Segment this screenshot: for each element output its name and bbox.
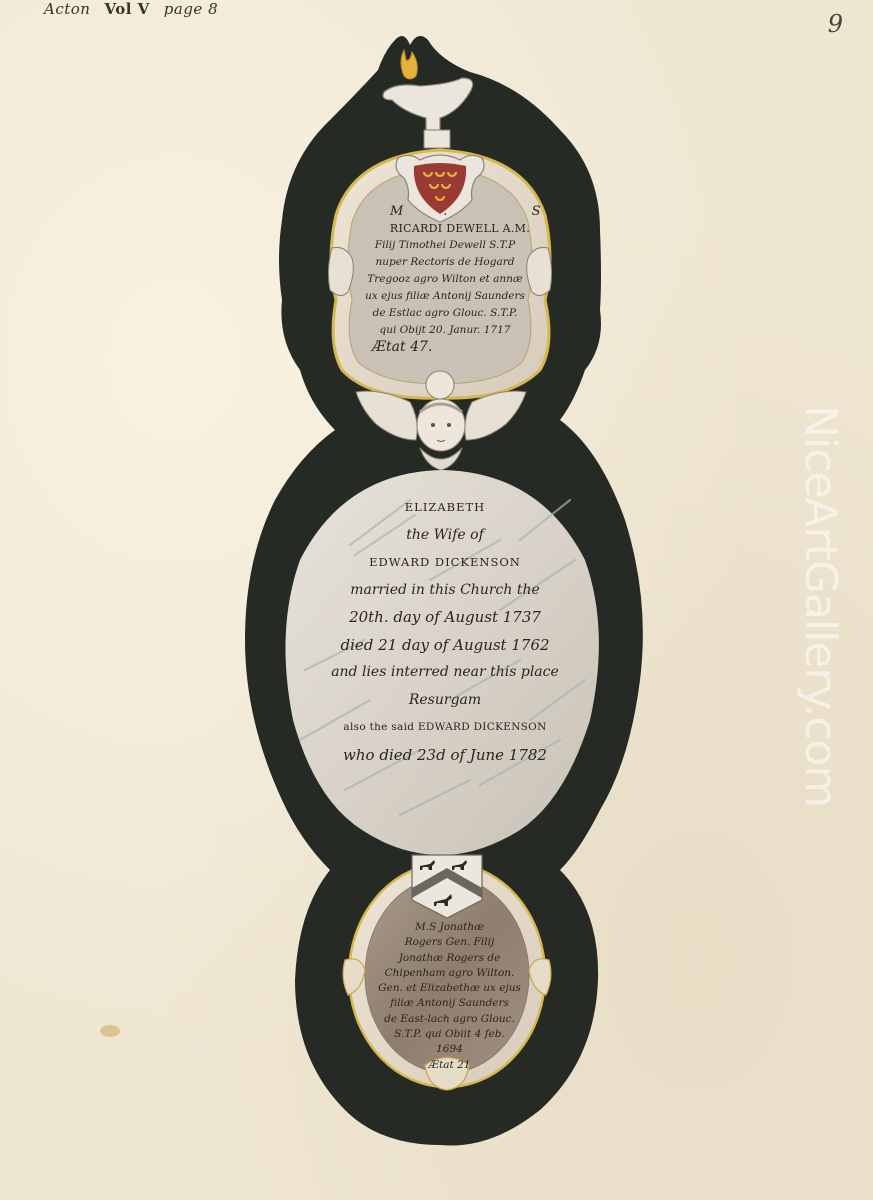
inscription-line: M. S. xyxy=(360,203,530,220)
inscription-line: ELIZABETH xyxy=(290,494,600,522)
inscription-line: Ætat 21 xyxy=(362,1058,537,1073)
inscription-line: Filij Timothei Dewell S.T.P xyxy=(360,237,530,254)
inscription-line: nuper Rectoris de Hogard xyxy=(360,254,530,271)
inscription-line: Jonathæ Rogers de xyxy=(362,951,537,966)
inscription-line: qui Obijt 20. Janur. 1717 xyxy=(360,322,530,339)
inscription-line: died 21 day of August 1762 xyxy=(290,632,600,660)
inscription-line: ux ejus filiæ Antonij Saunders xyxy=(360,288,530,305)
lower-tablet-inscription: M.S Jonathæ Rogers Gen. Filij Jonathæ Ro… xyxy=(362,920,537,1073)
inscription-line: 1694 xyxy=(362,1042,537,1057)
inscription-line: RICARDI DEWELL A.M. xyxy=(360,220,530,237)
inscription-line: de Estlac agro Glouc. S.T.P. xyxy=(360,305,530,322)
watermark: NiceArtGallery.com xyxy=(790,405,850,795)
inscription-line: Rogers Gen. Filij xyxy=(362,935,537,950)
inscription-line: married in this Church the xyxy=(290,577,600,605)
inscription-line: Ætat 47. xyxy=(360,339,530,356)
inscription-line: Gen. et Elizabethæ ux ejus xyxy=(362,981,537,996)
middle-tablet-inscription: ELIZABETH the Wife of EDWARD DICKENSON m… xyxy=(290,494,600,769)
inscription-line: filiæ Antonij Saunders xyxy=(362,996,537,1011)
inscription-line: de East-lach agro Glouc. xyxy=(362,1012,537,1027)
inscription-line: and lies interred near this place xyxy=(290,659,600,687)
inscription-line: 20th. day of August 1737 xyxy=(290,604,600,632)
inscription-line: S.T.P. qui Obiit 4 feb. xyxy=(362,1027,537,1042)
inscription-line: EDWARD DICKENSON xyxy=(290,549,600,577)
inscription-line: the Wife of xyxy=(290,522,600,550)
inscription-line: who died 23d of June 1782 xyxy=(290,742,600,770)
inscription-line: also the said EDWARD DICKENSON xyxy=(290,714,600,742)
upper-tablet-inscription: M. S. RICARDI DEWELL A.M. Filij Timothei… xyxy=(360,203,530,356)
paper-stain xyxy=(100,1025,120,1037)
inscription-line: Chipenham agro Wilton. xyxy=(362,966,537,981)
inscription-line: Tregooz agro Wilton et annæ xyxy=(360,271,530,288)
inscription-line: M.S Jonathæ xyxy=(362,920,537,935)
inscription-line: Resurgam xyxy=(290,687,600,715)
